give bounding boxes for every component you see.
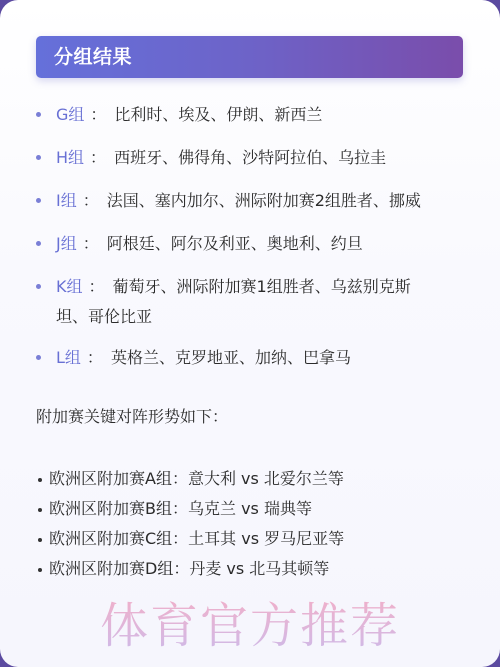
bullet-icon [36,112,41,117]
group-teams-continued: 坦、哥伦比亚 [56,302,476,332]
section-header: 分组结果 [36,36,463,78]
group-colon: ： [83,191,99,210]
playoff-text: 欧洲区附加赛C组：土耳其 vs 罗马尼亚等 [49,529,344,548]
watermark-text: 体育官方推荐 [0,596,500,656]
group-item-g: G组：比利时、埃及、伊朗、新西兰 [36,100,476,130]
group-item-i: I组：法国、塞内加尔、洲际附加赛2组胜者、挪威 [36,186,476,216]
group-item-j: J组：阿根廷、阿尔及利亚、奥地利、约旦 [36,229,476,259]
bullet-icon [36,241,41,246]
bullet-icon [36,284,41,289]
bullet-icon [38,538,42,542]
group-label: H组 [56,148,84,167]
group-colon: ： [89,277,105,296]
group-teams: 阿根廷、阿尔及利亚、奥地利、约旦 [107,234,363,253]
group-colon: ： [87,348,103,367]
bullet-icon [36,155,41,160]
content-card: 分组结果 G组：比利时、埃及、伊朗、新西兰 H组：西班牙、佛得角、沙特阿拉伯、乌… [0,0,500,667]
playoff-item: 欧洲区附加赛C组：土耳其 vs 罗马尼亚等 [36,526,476,552]
playoff-item: 欧洲区附加赛D组：丹麦 vs 北马其顿等 [36,556,476,582]
playoff-text: 欧洲区附加赛B组：乌克兰 vs 瑞典等 [49,499,312,518]
group-label: G组 [56,105,84,124]
playoff-text: 欧洲区附加赛D组：丹麦 vs 北马其顿等 [49,559,329,578]
group-colon: ： [90,105,106,124]
bullet-icon [36,355,41,360]
group-colon: ： [90,148,106,167]
group-item-h: H组：西班牙、佛得角、沙特阿拉伯、乌拉圭 [36,143,476,173]
group-teams: 西班牙、佛得角、沙特阿拉伯、乌拉圭 [114,148,386,167]
group-item-k: K组：葡萄牙、洲际附加赛1组胜者、乌兹别克斯 坦、哥伦比亚 [36,272,476,332]
group-teams: 葡萄牙、洲际附加赛1组胜者、乌兹别克斯 [113,277,411,296]
group-colon: ： [83,234,99,253]
playoff-text: 欧洲区附加赛A组：意大利 vs 北爱尔兰等 [49,469,344,488]
group-label: J组 [56,234,77,253]
group-teams: 比利时、埃及、伊朗、新西兰 [114,105,322,124]
bullet-icon [36,198,41,203]
bullet-icon [38,478,42,482]
group-item-l: L组：英格兰、克罗地亚、加纳、巴拿马 [36,343,476,373]
section-title: 分组结果 [54,36,132,78]
bullet-icon [38,508,42,512]
playoff-item: 欧洲区附加赛B组：乌克兰 vs 瑞典等 [36,496,476,522]
group-teams: 英格兰、克罗地亚、加纳、巴拿马 [111,348,351,367]
group-teams: 法国、塞内加尔、洲际附加赛2组胜者、挪威 [107,191,421,210]
playoff-item: 欧洲区附加赛A组：意大利 vs 北爱尔兰等 [36,466,476,492]
bullet-icon [38,568,42,572]
playoff-intro: 附加赛关键对阵形势如下： [36,404,228,430]
group-label: K组 [56,277,83,296]
group-label: L组 [56,348,81,367]
group-label: I组 [56,191,77,210]
